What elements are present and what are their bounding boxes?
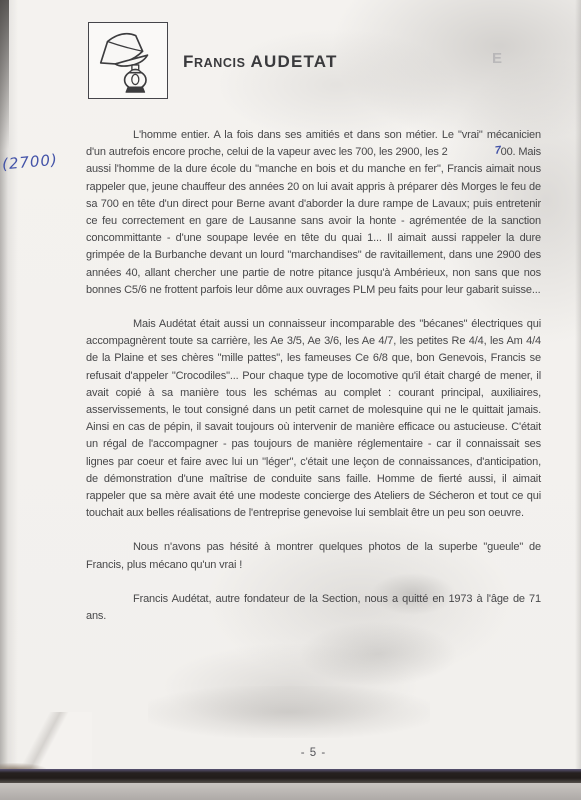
title-surname: AUDETAT [251, 52, 338, 71]
title-first-initial: F [183, 52, 194, 71]
scan-right-edge-shadow [575, 0, 581, 771]
handwritten-digit-correction: 7 [447, 142, 501, 165]
paragraph-2: Mais Audétat était aussi un connaisseur … [86, 316, 541, 522]
cap-and-lantern-icon [89, 23, 167, 98]
scan-background-strip [0, 783, 581, 800]
paragraph-3: Nous n'avons pas hésité à montrer quelqu… [86, 539, 541, 573]
body-text: L'homme entier. A la fois dans ses amiti… [86, 127, 541, 642]
title-first-rest: RANCIS [194, 56, 246, 70]
paragraph-1: L'homme entier. A la fois dans ses amiti… [86, 127, 541, 299]
page-number: - 5 - [86, 747, 541, 759]
section-logo-box [88, 22, 168, 99]
scanned-book-page: E FRANCISAUDETAT (2700) L'homme entier. … [0, 0, 581, 800]
page-title: FRANCISAUDETAT [183, 52, 338, 72]
book-edge-dark-band [0, 769, 581, 783]
paragraph-1-after-correction: 00. Mais aussi l'homme de la dure école … [86, 146, 541, 296]
scan-left-top-shadow [0, 0, 9, 150]
paragraph-4: Francis Audétat, autre fondateur de la S… [86, 591, 541, 625]
